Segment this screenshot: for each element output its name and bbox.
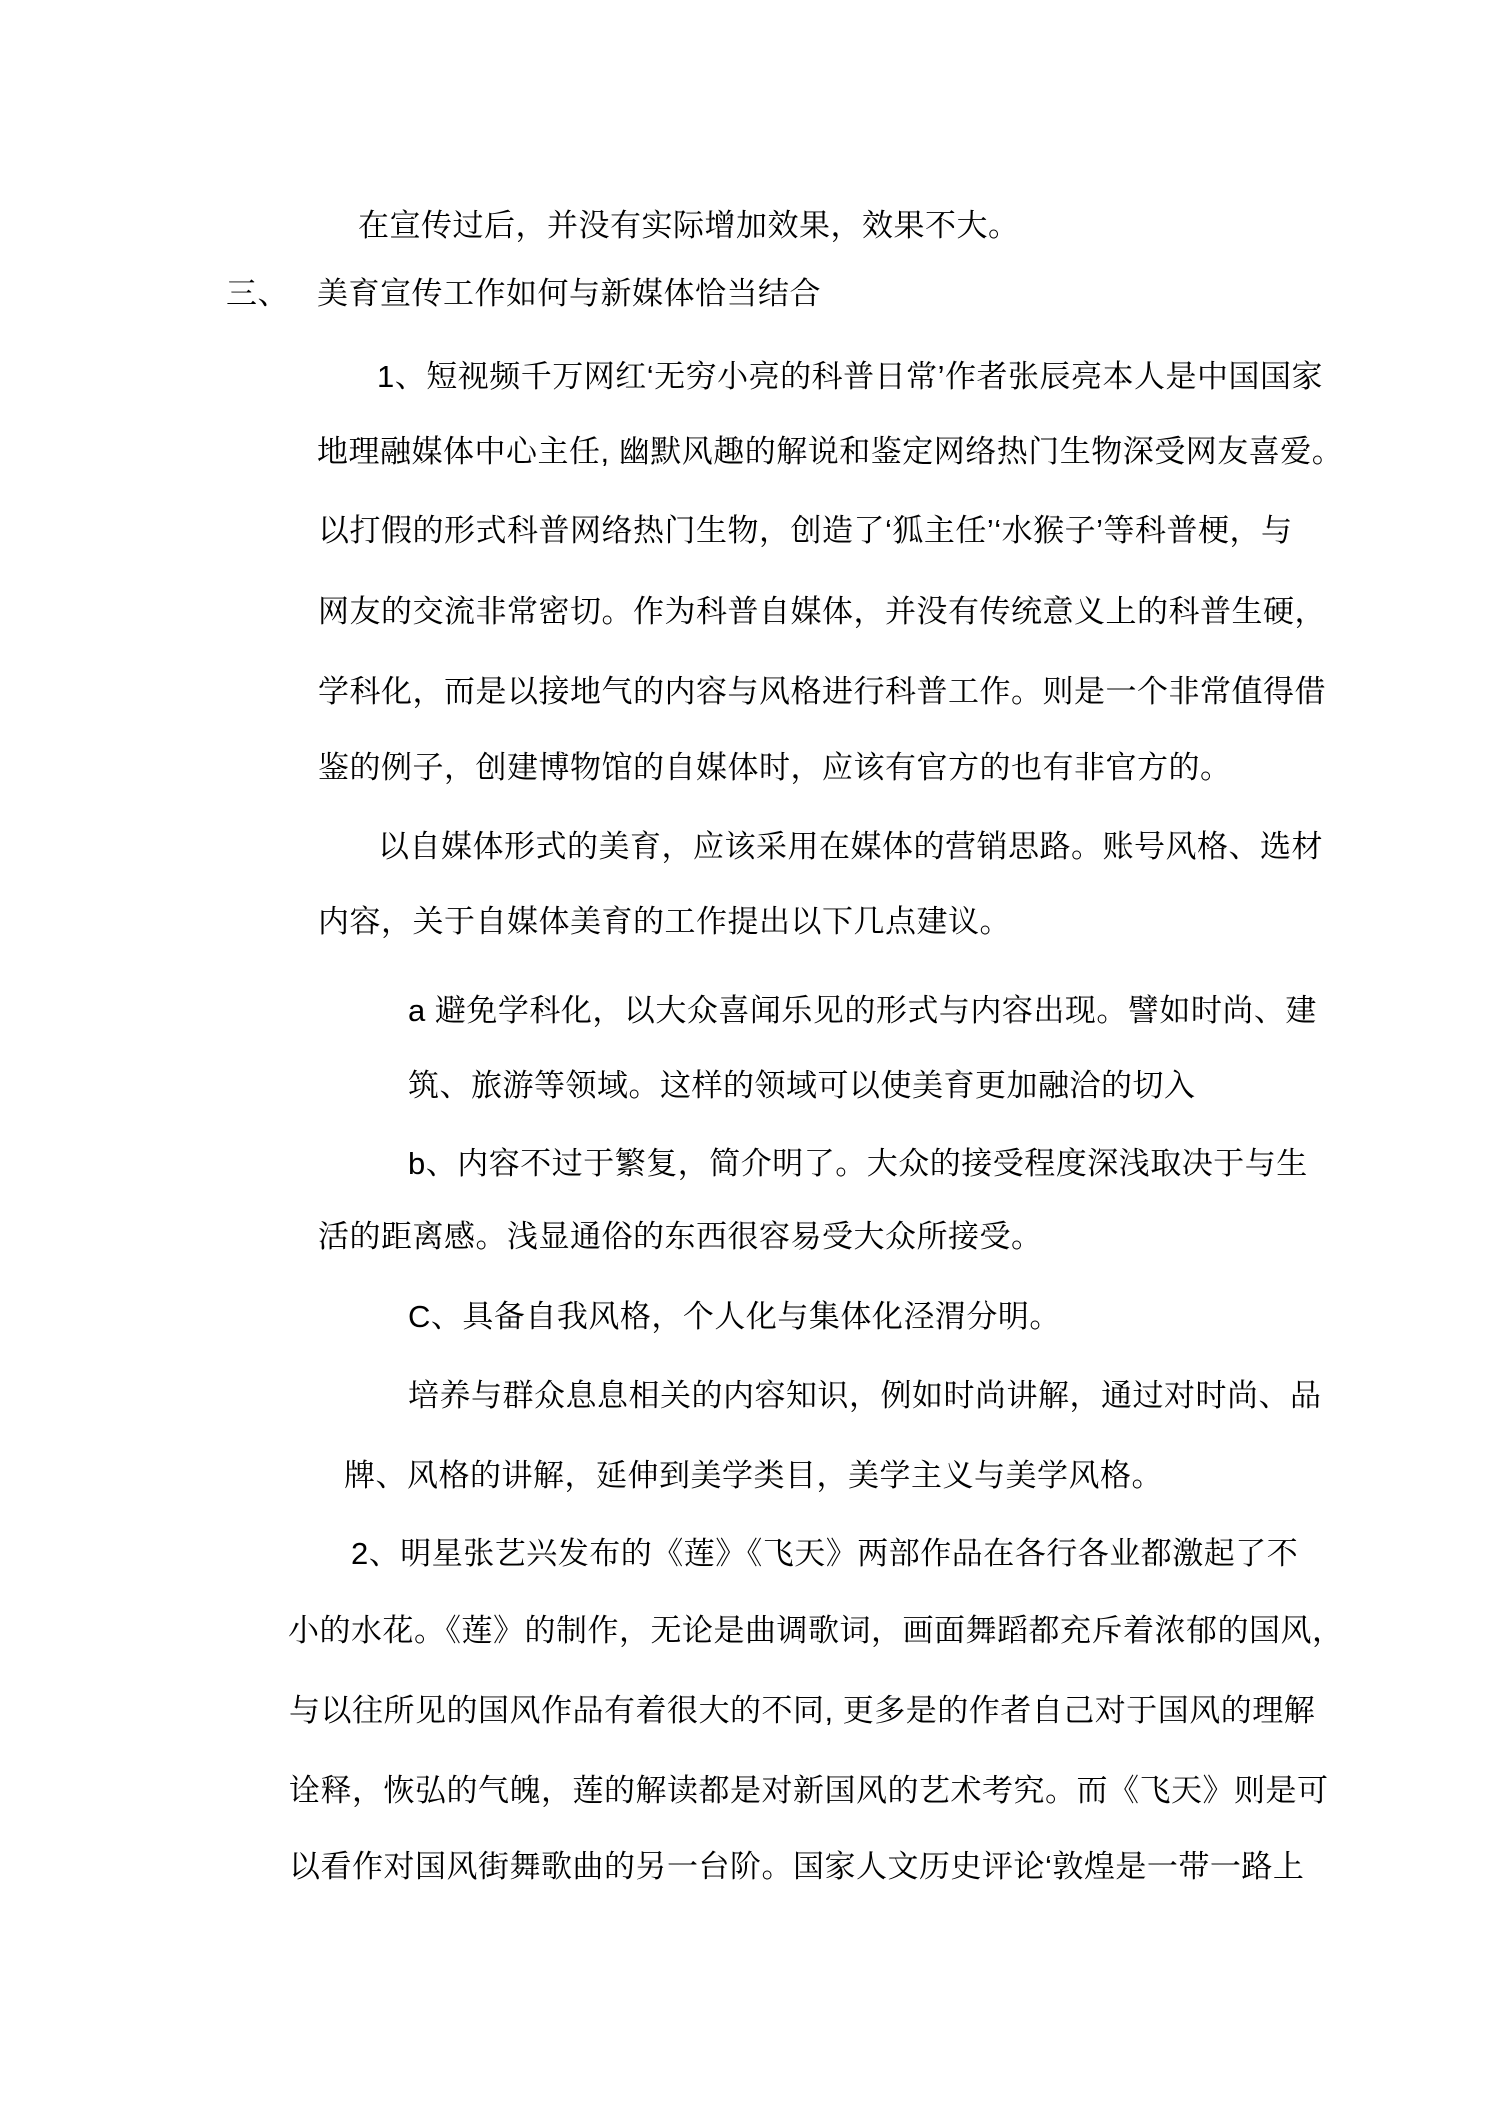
paragraph-line: 与以往所见的国风作品有着很大的不同, 更多是的作者自己对于国风的理解 bbox=[289, 1694, 1315, 1728]
paragraph-line: 网友的交流非常密切。作为科普自媒体，并没有传统意义上的科普生硬， bbox=[318, 595, 1326, 629]
section-number: 三、 bbox=[226, 277, 289, 311]
list-item-a-line: 筑、旅游等领域。这样的领域可以使美育更加融洽的切入 bbox=[408, 1069, 1196, 1103]
paragraph-line: 以打假的形式科普网络热门生物，创造了‘狐主任’‘水猴子’等科普梗，与 bbox=[318, 514, 1293, 548]
paragraph-line: 1、短视频千万网红‘无穷小亮的科普日常’作者张辰亮本人是中国国家 bbox=[377, 360, 1323, 394]
paragraph-line: 学科化，而是以接地气的内容与风格进行科普工作。则是一个非常值得借 bbox=[318, 675, 1326, 709]
paragraph-line: 以看作对国风街舞歌曲的另一台阶。国家人文历史评论‘敦煌是一带一路上 bbox=[289, 1850, 1304, 1884]
paragraph-line: 诠释，恢弘的气魄，莲的解读都是对新国风的艺术考究。而《飞天》则是可 bbox=[289, 1774, 1329, 1808]
section-title: 美育宣传工作如何与新媒体恰当结合 bbox=[317, 277, 821, 311]
paragraph-line: 地理融媒体中心主任, 幽默风趣的解说和鉴定网络热门生物深受网友喜爱。 bbox=[317, 435, 1343, 469]
paragraph-line: 以自媒体形式的美育，应该采用在媒体的营销思路。账号风格、选材 bbox=[378, 830, 1323, 864]
paragraph-line: 小的水花。《莲》的制作，无论是曲调歌词，画面舞蹈都充斥着浓郁的国风， bbox=[288, 1614, 1344, 1648]
paragraph-line: 鉴的例子，创建博物馆的自媒体时，应该有官方的也有非官方的。 bbox=[318, 751, 1232, 785]
paragraph-line: 内容，关于自媒体美育的工作提出以下几点建议。 bbox=[318, 905, 1011, 939]
list-item-a-line: a 避免学科化，以大众喜闻乐见的形式与内容出现。譬如时尚、建 bbox=[408, 994, 1317, 1028]
paragraph-line: 培养与群众息息相关的内容知识，例如时尚讲解，通过对时尚、品 bbox=[408, 1379, 1322, 1413]
list-item-c-line: C、具备自我风格，个人化与集体化泾渭分明。 bbox=[408, 1300, 1061, 1334]
paragraph-line: 2、明星张艺兴发布的《莲》《飞天》两部作品在各行各业都激起了不 bbox=[351, 1537, 1298, 1571]
list-item-b-line: b、内容不过于繁复，简介明了。大众的接受程度深浅取决于与生 bbox=[408, 1147, 1308, 1181]
paragraph-line: 牌、风格的讲解，延伸到美学类目，美学主义与美学风格。 bbox=[344, 1459, 1163, 1493]
document-page: 在宣传过后，并没有实际增加效果，效果不大。 三、 美育宣传工作如何与新媒体恰当结… bbox=[0, 0, 1500, 2115]
list-item-b-line: 活的距离感。浅显通俗的东西很容易受大众所接受。 bbox=[318, 1220, 1043, 1254]
intro-line: 在宣传过后，并没有实际增加效果，效果不大。 bbox=[358, 209, 1020, 243]
